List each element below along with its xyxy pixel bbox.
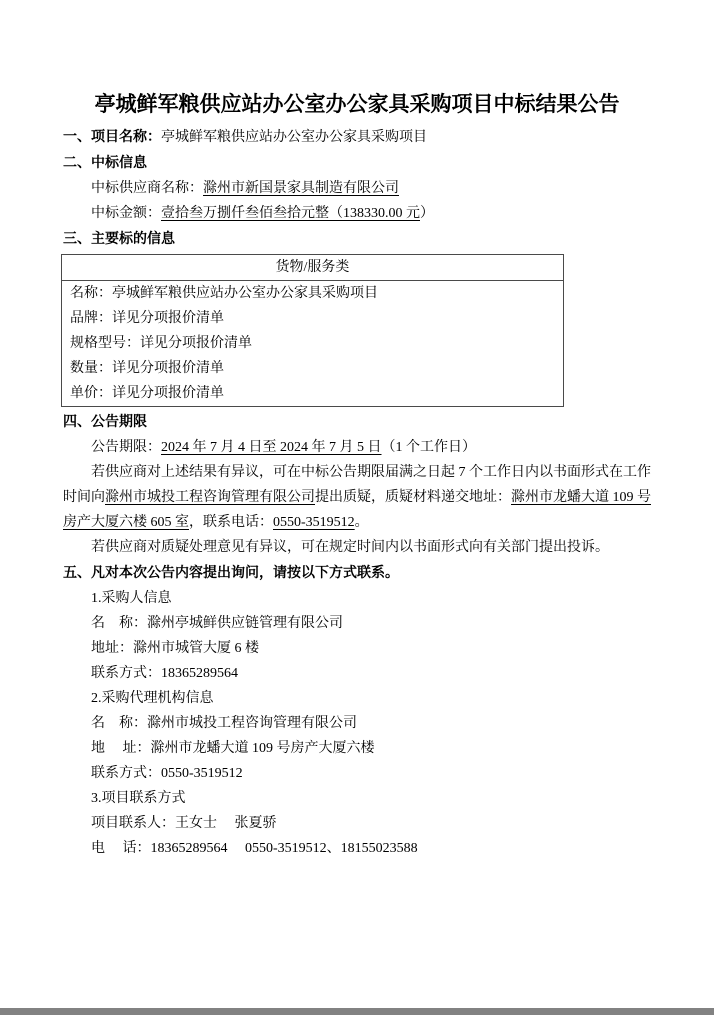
table-row: 数量：详见分项报价清单 (62, 356, 564, 381)
text-segment: 公告期限： (91, 440, 161, 455)
agency-info-heading: 2.采购代理机构信息 (63, 686, 651, 711)
text-segment: 联系方式：0550-3519512 (91, 766, 243, 781)
winning-supplier-line: 中标供应商名称：滁州市新国景家具制造有限公司 (63, 176, 651, 201)
agency-address-line: 地 址：滁州市龙蟠大道 109 号房产大厦六楼 (63, 736, 651, 761)
text-segment: 地 址：滁州市龙蟠大道 109 号房产大厦六楼 (91, 741, 375, 756)
heading-text: 五、凡对本次公告内容提出询问，请按以下方式联系。 (63, 564, 399, 580)
underlined-value: 2024 年 7 月 4 日至 2024 年 7 月 5 日 (161, 440, 382, 455)
table-cell: 品牌：详见分项报价清单 (62, 306, 564, 331)
purchaser-name-line: 名 称：滁州亭城鲜供应链管理有限公司 (63, 611, 651, 636)
purchaser-info-heading: 1.采购人信息 (63, 586, 651, 611)
text-segment: 3.项目联系方式 (91, 791, 186, 806)
project-phone-line: 电 话：18365289564 0550-3519512、18155023588 (63, 836, 651, 861)
heading-text: 二、中标信息 (63, 154, 147, 170)
text-segment: 2.采购代理机构信息 (91, 691, 214, 706)
section-3-heading: 三、主要标的信息 (63, 226, 651, 252)
project-contact-heading: 3.项目联系方式 (63, 786, 651, 811)
announcement-period-line: 公告期限：2024 年 7 月 4 日至 2024 年 7 月 5 日（1 个工… (63, 435, 651, 460)
heading-text: 三、主要标的信息 (63, 230, 175, 246)
section-4-heading: 四、公告期限 (63, 409, 651, 435)
objection-paragraph: 若供应商对上述结果有异议，可在中标公告期限届满之日起 7 个工作日内以书面形式在… (63, 460, 651, 535)
table-header-cell: 货物/服务类 (62, 255, 564, 281)
table-row: 规格型号：详见分项报价清单 (62, 331, 564, 356)
text-segment: 。 (355, 515, 369, 530)
table-cell: 数量：详见分项报价清单 (62, 356, 564, 381)
document-blocks: 一、项目名称：亭城鲜军粮供应站办公室办公家具采购项目二、中标信息中标供应商名称：… (63, 124, 651, 861)
document-page: 亭城鲜军粮供应站办公室办公家具采购项目中标结果公告 一、项目名称：亭城鲜军粮供应… (0, 0, 714, 1015)
heading-text: 四、公告期限 (63, 413, 147, 429)
text-segment: ，联系电话： (189, 515, 273, 530)
subject-matter-table: 货物/服务类名称：亭城鲜军粮供应站办公室办公家具采购项目品牌：详见分项报价清单规… (61, 254, 564, 407)
section-2-heading: 二、中标信息 (63, 150, 651, 176)
table-cell: 名称：亭城鲜军粮供应站办公室办公家具采购项目 (62, 281, 564, 307)
viewer-bottom-bar (0, 1008, 714, 1015)
table-cell: 规格型号：详见分项报价清单 (62, 331, 564, 356)
text-segment: ） (420, 206, 434, 221)
table-cell: 单价：详见分项报价清单 (62, 381, 564, 407)
text-segment: 中标金额： (91, 206, 161, 221)
table-row: 单价：详见分项报价清单 (62, 381, 564, 407)
text-segment: 提出质疑，质疑材料递交地址： (315, 490, 511, 505)
agency-name-line: 名 称：滁州市城投工程咨询管理有限公司 (63, 711, 651, 736)
section-1-heading: 一、项目名称：亭城鲜军粮供应站办公室办公家具采购项目 (63, 124, 651, 150)
purchaser-contact-line: 联系方式：18365289564 (63, 661, 651, 686)
text-segment: 电 话：18365289564 0550-3519512、18155023588 (91, 841, 418, 856)
text-segment: （1 个工作日） (382, 440, 477, 455)
table-row: 品牌：详见分项报价清单 (62, 306, 564, 331)
underlined-value: 壹拾叁万捌仟叁佰叁拾元整（138330.00 元 (161, 206, 420, 221)
underlined-value: 0550-3519512 (273, 515, 355, 530)
underlined-value: 滁州市新国景家具制造有限公司 (203, 181, 399, 196)
text-segment: 若供应商对质疑处理意见有异议，可在规定时间内以书面形式向有关部门提出投诉。 (91, 540, 609, 555)
complaint-line: 若供应商对质疑处理意见有异议，可在规定时间内以书面形式向有关部门提出投诉。 (63, 535, 651, 560)
table-row: 名称：亭城鲜军粮供应站办公室办公家具采购项目 (62, 281, 564, 307)
text-segment: 1.采购人信息 (91, 591, 172, 606)
heading-text: 一、项目名称： (63, 128, 161, 144)
text-segment: 项目联系人：王女士 张夏骄 (91, 816, 277, 831)
purchaser-address-line: 地址：滁州市城管大厦 6 楼 (63, 636, 651, 661)
text-segment: 亭城鲜军粮供应站办公室办公家具采购项目 (161, 130, 427, 145)
document-title: 亭城鲜军粮供应站办公室办公家具采购项目中标结果公告 (63, 90, 651, 118)
text-segment: 名 称：滁州市城投工程咨询管理有限公司 (91, 716, 357, 731)
section-5-heading: 五、凡对本次公告内容提出询问，请按以下方式联系。 (63, 560, 651, 586)
text-segment: 中标供应商名称： (91, 181, 203, 196)
text-segment: 地址：滁州市城管大厦 6 楼 (91, 641, 259, 656)
agency-contact-line: 联系方式：0550-3519512 (63, 761, 651, 786)
winning-amount-line: 中标金额：壹拾叁万捌仟叁佰叁拾元整（138330.00 元） (63, 201, 651, 226)
underlined-value: 滁州市城投工程咨询管理有限公司 (105, 490, 315, 505)
project-contact-person-line: 项目联系人：王女士 张夏骄 (63, 811, 651, 836)
text-segment: 联系方式：18365289564 (91, 666, 238, 681)
document-body: 亭城鲜军粮供应站办公室办公家具采购项目中标结果公告 一、项目名称：亭城鲜军粮供应… (63, 90, 651, 861)
text-segment: 名 称：滁州亭城鲜供应链管理有限公司 (91, 616, 343, 631)
